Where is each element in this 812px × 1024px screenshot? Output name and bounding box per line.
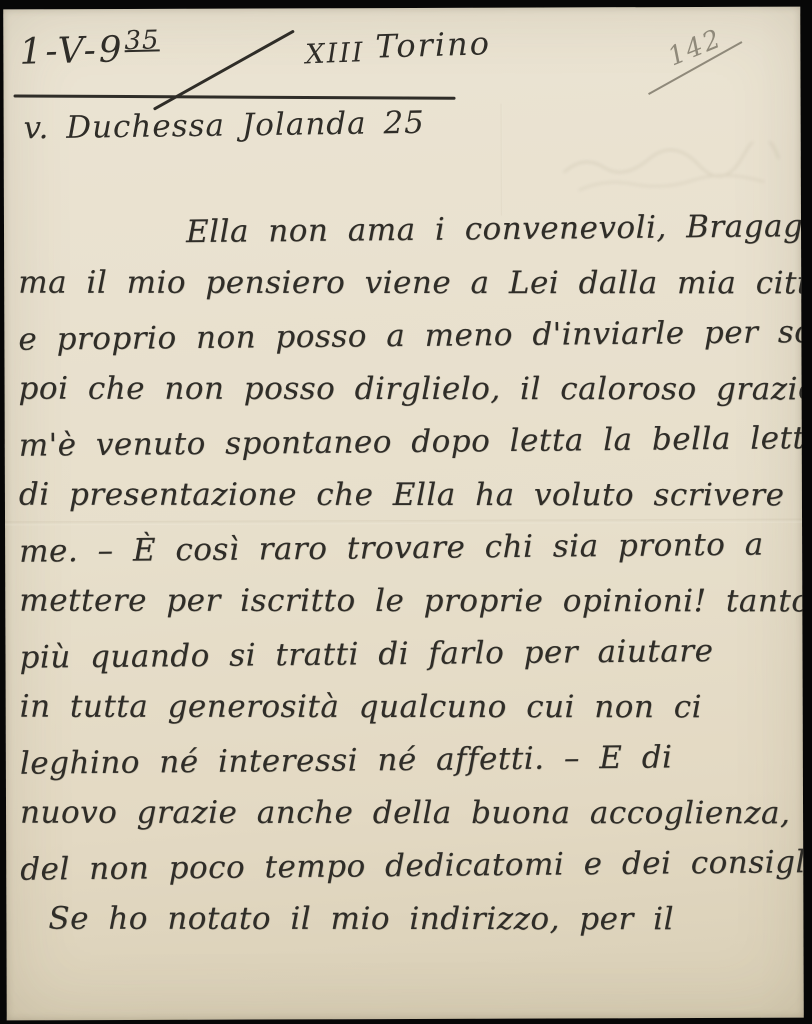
letter-line: nuovo grazie anche della buona accoglien… (20, 787, 797, 841)
address-line: v. Duchessa Jolanda 25 (23, 105, 425, 147)
date-superscript: 35 (124, 25, 160, 56)
letter-line: Se ho notato il mio indirizzo, per il (20, 893, 797, 947)
letter-page: 1-V-935 XIII Torino v. Duchessa Jolanda … (3, 7, 804, 1021)
verso-showthrough-marks (559, 142, 784, 198)
letter-line: ma il mio pensiero viene a Lei dalla mia… (18, 257, 795, 311)
archival-page-number: 142 (664, 24, 727, 73)
letter-line: Ella non ama i convenevoli, Bragaglia, (18, 200, 795, 260)
letter-line: in tutta generosità qualcuno cui non ci (20, 681, 797, 735)
letter-body: Ella non ama i convenevoli, Bragaglia, m… (18, 203, 798, 948)
letter-line: m'è venuto spontaneo dopo letta la bella… (19, 412, 796, 472)
era-numeral: XIII (305, 37, 365, 70)
letter-line: di presentazione che Ella ha voluto scri… (19, 469, 796, 523)
date-text: 1-V-9 (19, 29, 125, 73)
letter-line: del non poco tempo dedicatomi e dei cons… (20, 836, 797, 896)
letter-line: leghino né interessi né affetti. – E di (20, 730, 797, 790)
letter-line: me. – È così raro trovare chi sia pronto… (19, 518, 796, 578)
photograph-background: 1-V-935 XIII Torino v. Duchessa Jolanda … (0, 0, 812, 1024)
letter-line: poi che non posso dirglielo, il caloroso… (19, 363, 796, 417)
header-underline (14, 94, 456, 99)
vertical-crease (501, 104, 503, 216)
date-line: 1-V-935 (19, 25, 160, 72)
letter-line: più quando si tratti di farlo per aiutar… (19, 624, 796, 684)
city-name: Torino (375, 24, 492, 65)
letter-line: e proprio non posso a meno d'inviarle pe… (18, 306, 795, 366)
letter-line: mettere per iscritto le proprie opinioni… (19, 575, 796, 629)
